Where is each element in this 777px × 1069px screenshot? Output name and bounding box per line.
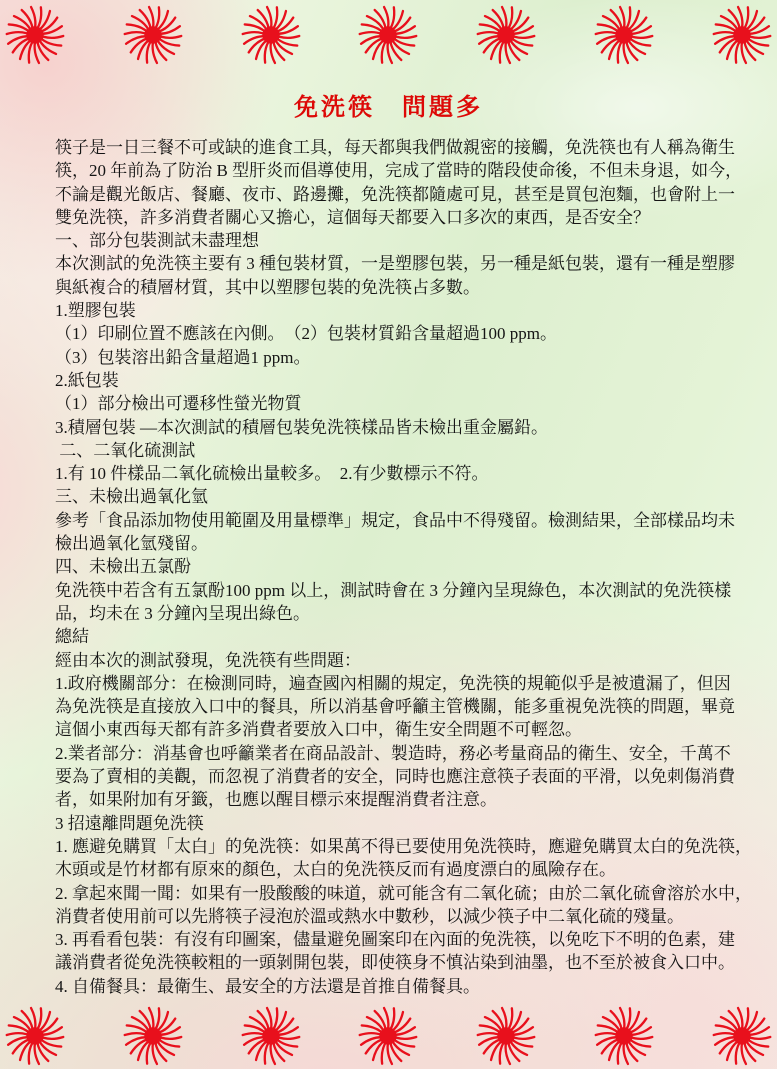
pinwheel-icon [4, 4, 66, 66]
text-line: 2. 拿起來聞一聞：如果有一股酸酸的味道，就可能含有二氧化硫；由於二氧化硫會溶於… [55, 882, 757, 905]
pinwheel-row-top [4, 4, 773, 66]
text-line: 1. 應避免購買「太白」的免洗筷：如果萬不得已要使用免洗筷時，應避免購買太白的免… [55, 835, 757, 858]
text-line: 不論是觀光飯店、餐廳、夜市、路邊攤，免洗筷都隨處可見，甚至是買包泡麵，也會附上一 [55, 183, 757, 206]
text-line: 參考「食品添加物使用範圍及用量標準」規定，食品中不得殘留。檢測結果，全部樣品均未 [55, 509, 757, 532]
text-line: 3. 再看看包裝：有沒有印圖案，儘量避免圖案印在內面的免洗筷，以免吃下不明的色素… [55, 928, 757, 951]
text-line: 1.政府機關部分：在檢測同時，遍查國內相關的規定，免洗筷的規範似乎是被遺漏了，但… [55, 672, 757, 695]
text-line: 與紙複合的積層材質，其中以塑膠包裝的免洗筷占多數。 [55, 276, 757, 299]
pinwheel-icon [357, 4, 419, 66]
text-line: 3 招遠離問題免洗筷 [55, 812, 757, 835]
text-line: 筷子是一日三餐不可或缺的進食工具，每天都與我們做親密的接觸，免洗筷也有人稱為衛生 [55, 136, 757, 159]
document-page: 免洗筷 問題多 筷子是一日三餐不可或缺的進食工具，每天都與我們做親密的接觸，免洗… [0, 0, 777, 1069]
pinwheel-icon [4, 1005, 66, 1067]
text-line: 品，均未在 3 分鐘內呈現出綠色。 [55, 602, 757, 625]
text-line: 消費者使用前可以先將筷子浸泡於溫或熱水中數秒，以減少筷子中二氧化硫的殘量。 [55, 905, 757, 928]
text-line: 雙免洗筷，許多消費者關心又擔心，這個每天都要入口多次的東西，是否安全？ [55, 206, 757, 229]
text-line: 總結 [55, 625, 757, 648]
pinwheel-icon [357, 1005, 419, 1067]
page-title: 免洗筷 問題多 [0, 87, 777, 122]
text-line: 檢出過氧化氫殘留。 [55, 532, 757, 555]
text-line: 免洗筷中若含有五氯酚100 ppm 以上，測試時會在 3 分鐘內呈現綠色，本次測… [55, 579, 757, 602]
pinwheel-icon [475, 4, 537, 66]
text-line: 1.有 10 件樣品二氧化硫檢出量較多。 2.有少數標示不符。 [55, 462, 757, 485]
text-line: 2.紙包裝 [55, 369, 757, 392]
pinwheel-icon [593, 4, 655, 66]
text-line: 這個小東西每天都有許多消費者要放入口中，衛生安全問題不可輕忽。 [55, 718, 757, 741]
text-line: 者，如果附加有牙籤，也應以醒目標示來提醒消費者注意。 [55, 788, 757, 811]
text-line: 一、部分包裝測試未盡理想 [55, 229, 757, 252]
text-line: 四、未檢出五氯酚 [55, 555, 757, 578]
pinwheel-icon [122, 1005, 184, 1067]
text-line: 議消費者從免洗筷較粗的一頭剝開包裝，即使筷身不慎沾染到油墨，也不至於被食入口中。 [55, 951, 757, 974]
text-line: 為免洗筷是直接放入口中的餐具，所以消基會呼籲主管機關，能多重視免洗筷的問題，畢竟 [55, 695, 757, 718]
text-line: 3.積層包裝 —本次測試的積層包裝免洗筷樣品皆未檢出重金屬鉛。 [55, 416, 757, 439]
text-line: 三、未檢出過氧化氫 [55, 485, 757, 508]
text-line: 筷，20 年前為了防治 B 型肝炎而倡導使用，完成了當時的階段使命後，不但未身退… [55, 159, 757, 182]
text-line: 本次測試的免洗筷主要有 3 種包裝材質，一是塑膠包裝，另一種是紙包裝，還有一種是… [55, 252, 757, 275]
text-line: 2.業者部分：消基會也呼籲業者在商品設計、製造時，務必考量商品的衛生、安全，千萬… [55, 742, 757, 765]
text-line: （3）包裝溶出鉛含量超過1 ppm。 [55, 346, 757, 369]
pinwheel-icon [122, 4, 184, 66]
text-line: 木頭或是竹材都有原來的顏色，太白的免洗筷反而有過度漂白的風險存在。 [55, 858, 757, 881]
pinwheel-icon [475, 1005, 537, 1067]
pinwheel-row-bottom [4, 1005, 773, 1067]
pinwheel-icon [240, 4, 302, 66]
pinwheel-icon [240, 1005, 302, 1067]
pinwheel-icon [711, 4, 773, 66]
text-line: （1）印刷位置不應該在內側。 （2）包裝材質鉛含量超過100 ppm。 [55, 322, 757, 345]
text-line: 二、二氧化硫測試 [55, 439, 757, 462]
text-line: 4. 自備餐具：最衛生、最安全的方法還是首推自備餐具。 [55, 975, 757, 998]
text-line: （1）部分檢出可遷移性螢光物質 [55, 392, 757, 415]
pinwheel-icon [593, 1005, 655, 1067]
text-line: 要為了賣相的美觀，而忽視了消費者的安全，同時也應注意筷子表面的平滑，以免刺傷消費 [55, 765, 757, 788]
text-line: 經由本次的測試發現，免洗筷有些問題： [55, 649, 757, 672]
text-line: 1.塑膠包裝 [55, 299, 757, 322]
article-body: 筷子是一日三餐不可或缺的進食工具，每天都與我們做親密的接觸，免洗筷也有人稱為衛生… [55, 136, 757, 998]
pinwheel-icon [711, 1005, 773, 1067]
